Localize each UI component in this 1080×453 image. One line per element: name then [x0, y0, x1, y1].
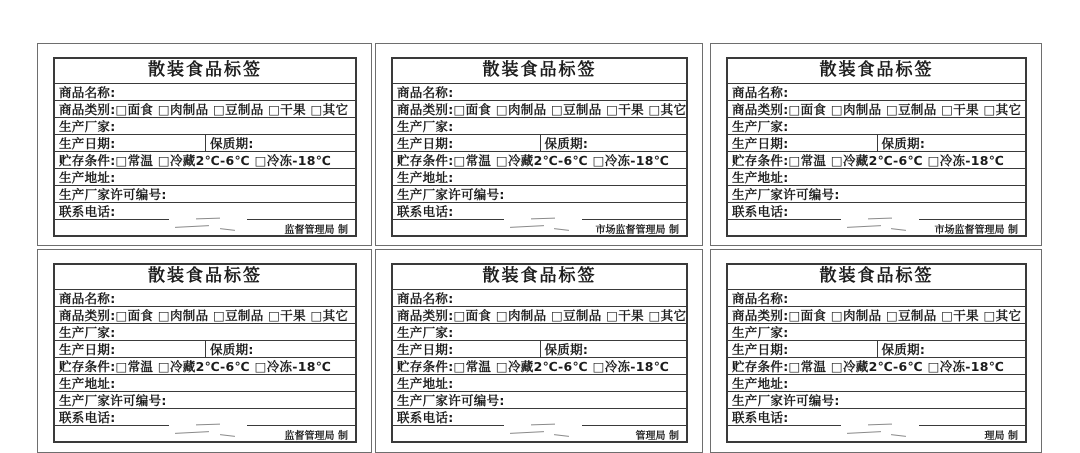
- field-category: 商品类别:□面食 □肉制品 □豆制品 □干果 □其它: [55, 100, 355, 117]
- field-manufacturer: 生产厂家:: [55, 117, 355, 134]
- redaction-scribble: [175, 225, 209, 228]
- field-product-name: 商品名称:: [55, 289, 355, 306]
- field-manufacturer: 生产厂家:: [393, 323, 686, 340]
- redaction-patch: [504, 421, 582, 429]
- label-cell: 散装食品标签 商品名称: 商品类别:□面食 □肉制品 □豆制品 □干果 □其它 …: [375, 43, 703, 246]
- field-manufacturer: 生产厂家:: [728, 117, 1025, 134]
- label-title: 散装食品标签: [393, 265, 686, 289]
- field-category: 商品类别:□面食 □肉制品 □豆制品 □干果 □其它: [393, 306, 686, 323]
- field-product-name: 商品名称:: [393, 289, 686, 306]
- field-category: 商品类别:□面食 □肉制品 □豆制品 □干果 □其它: [393, 100, 686, 117]
- field-category: 商品类别:□面食 □肉制品 □豆制品 □干果 □其它: [728, 306, 1025, 323]
- field-production-address: 生产地址:: [393, 374, 686, 391]
- label-cell: 散装食品标签 商品名称: 商品类别:□面食 □肉制品 □豆制品 □干果 □其它 …: [710, 43, 1042, 246]
- field-production-address: 生产地址:: [728, 168, 1025, 185]
- field-category: 商品类别:□面食 □肉制品 □豆制品 □干果 □其它: [55, 306, 355, 323]
- field-manufacturer: 生产厂家:: [393, 117, 686, 134]
- field-production-date: 生产日期:: [55, 135, 205, 151]
- field-date-and-shelf-life: 生产日期: 保质期:: [393, 134, 686, 151]
- label-title: 散装食品标签: [728, 265, 1025, 289]
- redaction-scribble: [847, 225, 881, 228]
- redaction-scribble: [554, 434, 569, 437]
- field-production-date: 生产日期:: [728, 135, 877, 151]
- field-date-and-shelf-life: 生产日期: 保质期:: [728, 340, 1025, 357]
- field-manufacturer: 生产厂家:: [55, 323, 355, 340]
- field-product-name: 商品名称:: [393, 83, 686, 100]
- food-label: 散装食品标签 商品名称: 商品类别:□面食 □肉制品 □豆制品 □干果 □其它 …: [726, 263, 1027, 443]
- label-title: 散装食品标签: [728, 59, 1025, 83]
- field-product-name: 商品名称:: [728, 83, 1025, 100]
- field-production-address: 生产地址:: [55, 168, 355, 185]
- redaction-scribble: [847, 431, 881, 434]
- field-license-number: 生产厂家许可编号:: [55, 391, 355, 408]
- field-date-and-shelf-life: 生产日期: 保质期:: [393, 340, 686, 357]
- field-storage-conditions: 贮存条件:□常温 □冷藏2℃-6℃ □冷冻-18℃: [393, 151, 686, 168]
- stamp-text: 监督管理局 制: [285, 431, 348, 442]
- field-date-and-shelf-life: 生产日期: 保质期:: [55, 340, 355, 357]
- field-storage-conditions: 贮存条件:□常温 □冷藏2℃-6℃ □冷冻-18℃: [728, 357, 1025, 374]
- stamp-row: 监督管理局 制: [55, 219, 355, 235]
- stamp-row: 理局 制: [728, 425, 1025, 441]
- field-product-name: 商品名称:: [728, 289, 1025, 306]
- stamp-text: 市场监督管理局 制: [596, 225, 679, 236]
- stamp-row: 监督管理局 制: [55, 425, 355, 441]
- label-sheet: 散装食品标签 商品名称: 商品类别:□面食 □肉制品 □豆制品 □干果 □其它 …: [0, 0, 1080, 453]
- field-license-number: 生产厂家许可编号:: [393, 185, 686, 202]
- label-cell: 散装食品标签 商品名称: 商品类别:□面食 □肉制品 □豆制品 □干果 □其它 …: [375, 249, 703, 453]
- label-title: 散装食品标签: [55, 265, 355, 289]
- field-manufacturer: 生产厂家:: [728, 323, 1025, 340]
- label-cell: 散装食品标签 商品名称: 商品类别:□面食 □肉制品 □豆制品 □干果 □其它 …: [710, 249, 1042, 453]
- label-cell: 散装食品标签 商品名称: 商品类别:□面食 □肉制品 □豆制品 □干果 □其它 …: [37, 249, 372, 453]
- stamp-text: 监督管理局 制: [285, 225, 348, 236]
- field-product-name: 商品名称:: [55, 83, 355, 100]
- field-date-and-shelf-life: 生产日期: 保质期:: [728, 134, 1025, 151]
- redaction-scribble: [510, 225, 544, 228]
- field-license-number: 生产厂家许可编号:: [728, 185, 1025, 202]
- food-label: 散装食品标签 商品名称: 商品类别:□面食 □肉制品 □豆制品 □干果 □其它 …: [726, 57, 1027, 237]
- stamp-text: 理局 制: [985, 431, 1018, 442]
- food-label: 散装食品标签 商品名称: 商品类别:□面食 □肉制品 □豆制品 □干果 □其它 …: [53, 57, 357, 237]
- field-storage-conditions: 贮存条件:□常温 □冷藏2℃-6℃ □冷冻-18℃: [728, 151, 1025, 168]
- field-storage-conditions: 贮存条件:□常温 □冷藏2℃-6℃ □冷冻-18℃: [393, 357, 686, 374]
- field-license-number: 生产厂家许可编号:: [728, 391, 1025, 408]
- food-label: 散装食品标签 商品名称: 商品类别:□面食 □肉制品 □豆制品 □干果 □其它 …: [391, 57, 688, 237]
- field-storage-conditions: 贮存条件:□常温 □冷藏2℃-6℃ □冷冻-18℃: [55, 151, 355, 168]
- field-category: 商品类别:□面食 □肉制品 □豆制品 □干果 □其它: [728, 100, 1025, 117]
- field-date-and-shelf-life: 生产日期: 保质期:: [55, 134, 355, 151]
- field-production-address: 生产地址:: [393, 168, 686, 185]
- field-shelf-life: 保质期:: [540, 135, 687, 151]
- redaction-scribble: [220, 228, 235, 231]
- field-production-date: 生产日期:: [393, 135, 540, 151]
- redaction-scribble: [891, 434, 906, 437]
- stamp-row: 管理局 制: [393, 425, 686, 441]
- redaction-scribble: [175, 431, 209, 434]
- stamp-text: 管理局 制: [636, 431, 679, 442]
- food-label: 散装食品标签 商品名称: 商品类别:□面食 □肉制品 □豆制品 □干果 □其它 …: [391, 263, 688, 443]
- field-shelf-life: 保质期:: [205, 341, 355, 357]
- redaction-patch: [504, 215, 582, 223]
- label-cell: 散装食品标签 商品名称: 商品类别:□面食 □肉制品 □豆制品 □干果 □其它 …: [37, 43, 372, 246]
- field-license-number: 生产厂家许可编号:: [55, 185, 355, 202]
- field-production-address: 生产地址:: [55, 374, 355, 391]
- field-license-number: 生产厂家许可编号:: [393, 391, 686, 408]
- redaction-scribble: [510, 431, 544, 434]
- field-shelf-life: 保质期:: [877, 135, 1026, 151]
- field-storage-conditions: 贮存条件:□常温 □冷藏2℃-6℃ □冷冻-18℃: [55, 357, 355, 374]
- stamp-text: 市场监督管理局 制: [935, 225, 1018, 236]
- field-production-date: 生产日期:: [55, 341, 205, 357]
- redaction-scribble: [891, 228, 906, 231]
- field-shelf-life: 保质期:: [877, 341, 1026, 357]
- field-production-date: 生产日期:: [393, 341, 540, 357]
- field-production-address: 生产地址:: [728, 374, 1025, 391]
- field-shelf-life: 保质期:: [540, 341, 687, 357]
- field-production-date: 生产日期:: [728, 341, 877, 357]
- redaction-scribble: [554, 228, 569, 231]
- label-title: 散装食品标签: [393, 59, 686, 83]
- food-label: 散装食品标签 商品名称: 商品类别:□面食 □肉制品 □豆制品 □干果 □其它 …: [53, 263, 357, 443]
- stamp-row: 市场监督管理局 制: [393, 219, 686, 235]
- redaction-scribble: [220, 434, 235, 437]
- label-title: 散装食品标签: [55, 59, 355, 83]
- field-shelf-life: 保质期:: [205, 135, 355, 151]
- stamp-row: 市场监督管理局 制: [728, 219, 1025, 235]
